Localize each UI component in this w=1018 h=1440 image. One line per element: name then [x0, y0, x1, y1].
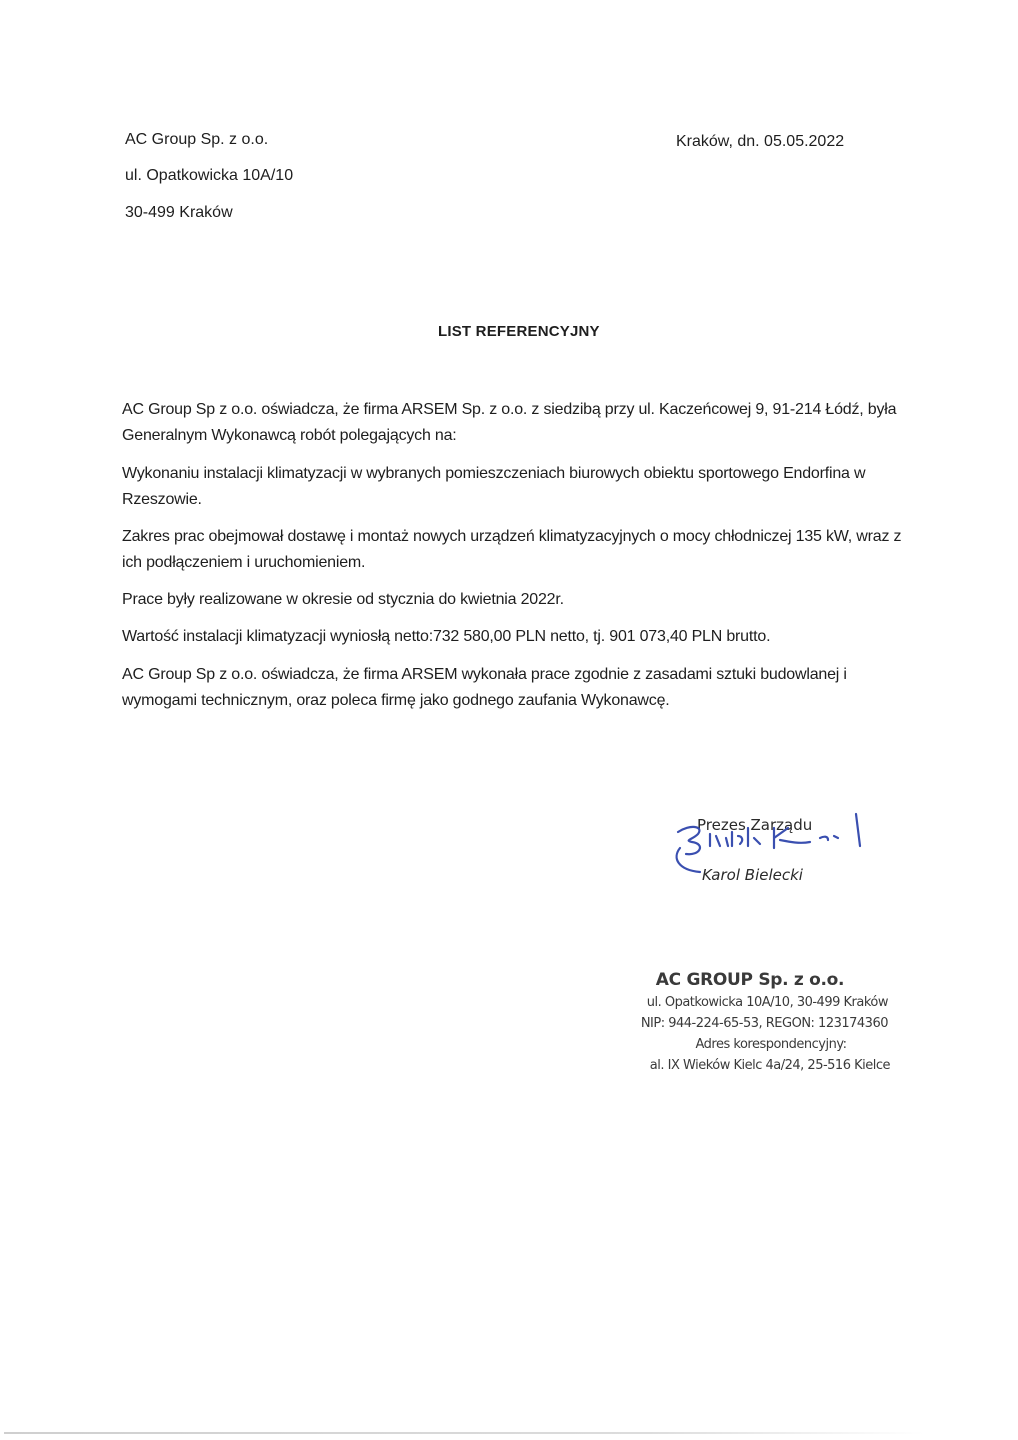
page-edge-line — [4, 1432, 924, 1434]
sender-city: 30-499 Kraków — [125, 204, 233, 222]
stamp-correspondence-address: al. IX Wieków Kielc 4a/24, 25-516 Kielce — [600, 1055, 900, 1076]
paragraph-scope-object: Wykonaniu instalacji klimatyzacji w wybr… — [122, 461, 912, 513]
paragraph-statement: AC Group Sp z o.o. oświadcza, że firma A… — [122, 397, 912, 449]
company-stamp: AC GROUP Sp. z o.o. ul. Opatkowicka 10A/… — [600, 968, 900, 1076]
sender-name: AC Group Sp. z o.o. — [125, 131, 268, 149]
place-date: Kraków, dn. 05.05.2022 — [676, 133, 844, 151]
document-title: LIST REFERENCYJNY — [438, 323, 600, 340]
paragraph-recommendation: AC Group Sp z o.o. oświadcza, że firma A… — [122, 662, 912, 714]
signature-name: Karol Bielecki — [702, 866, 803, 884]
stamp-address: ul. Opatkowicka 10A/10, 30-499 Kraków — [600, 992, 900, 1013]
paragraph-period: Prace były realizowane w okresie od styc… — [122, 587, 912, 613]
stamp-tax-ids: NIP: 944-224-65-53, REGON: 123174360 — [600, 1013, 900, 1034]
sender-street: ul. Opatkowicka 10A/10 — [125, 167, 293, 185]
paragraph-value: Wartość instalacji klimatyzacji wyniosłą… — [122, 624, 912, 650]
stamp-company-name: AC GROUP Sp. z o.o. — [600, 968, 900, 992]
paragraph-scope-works: Zakres prac obejmował dostawę i montaż n… — [122, 524, 912, 576]
stamp-correspondence-label: Adres korespondencyjny: — [600, 1034, 900, 1055]
